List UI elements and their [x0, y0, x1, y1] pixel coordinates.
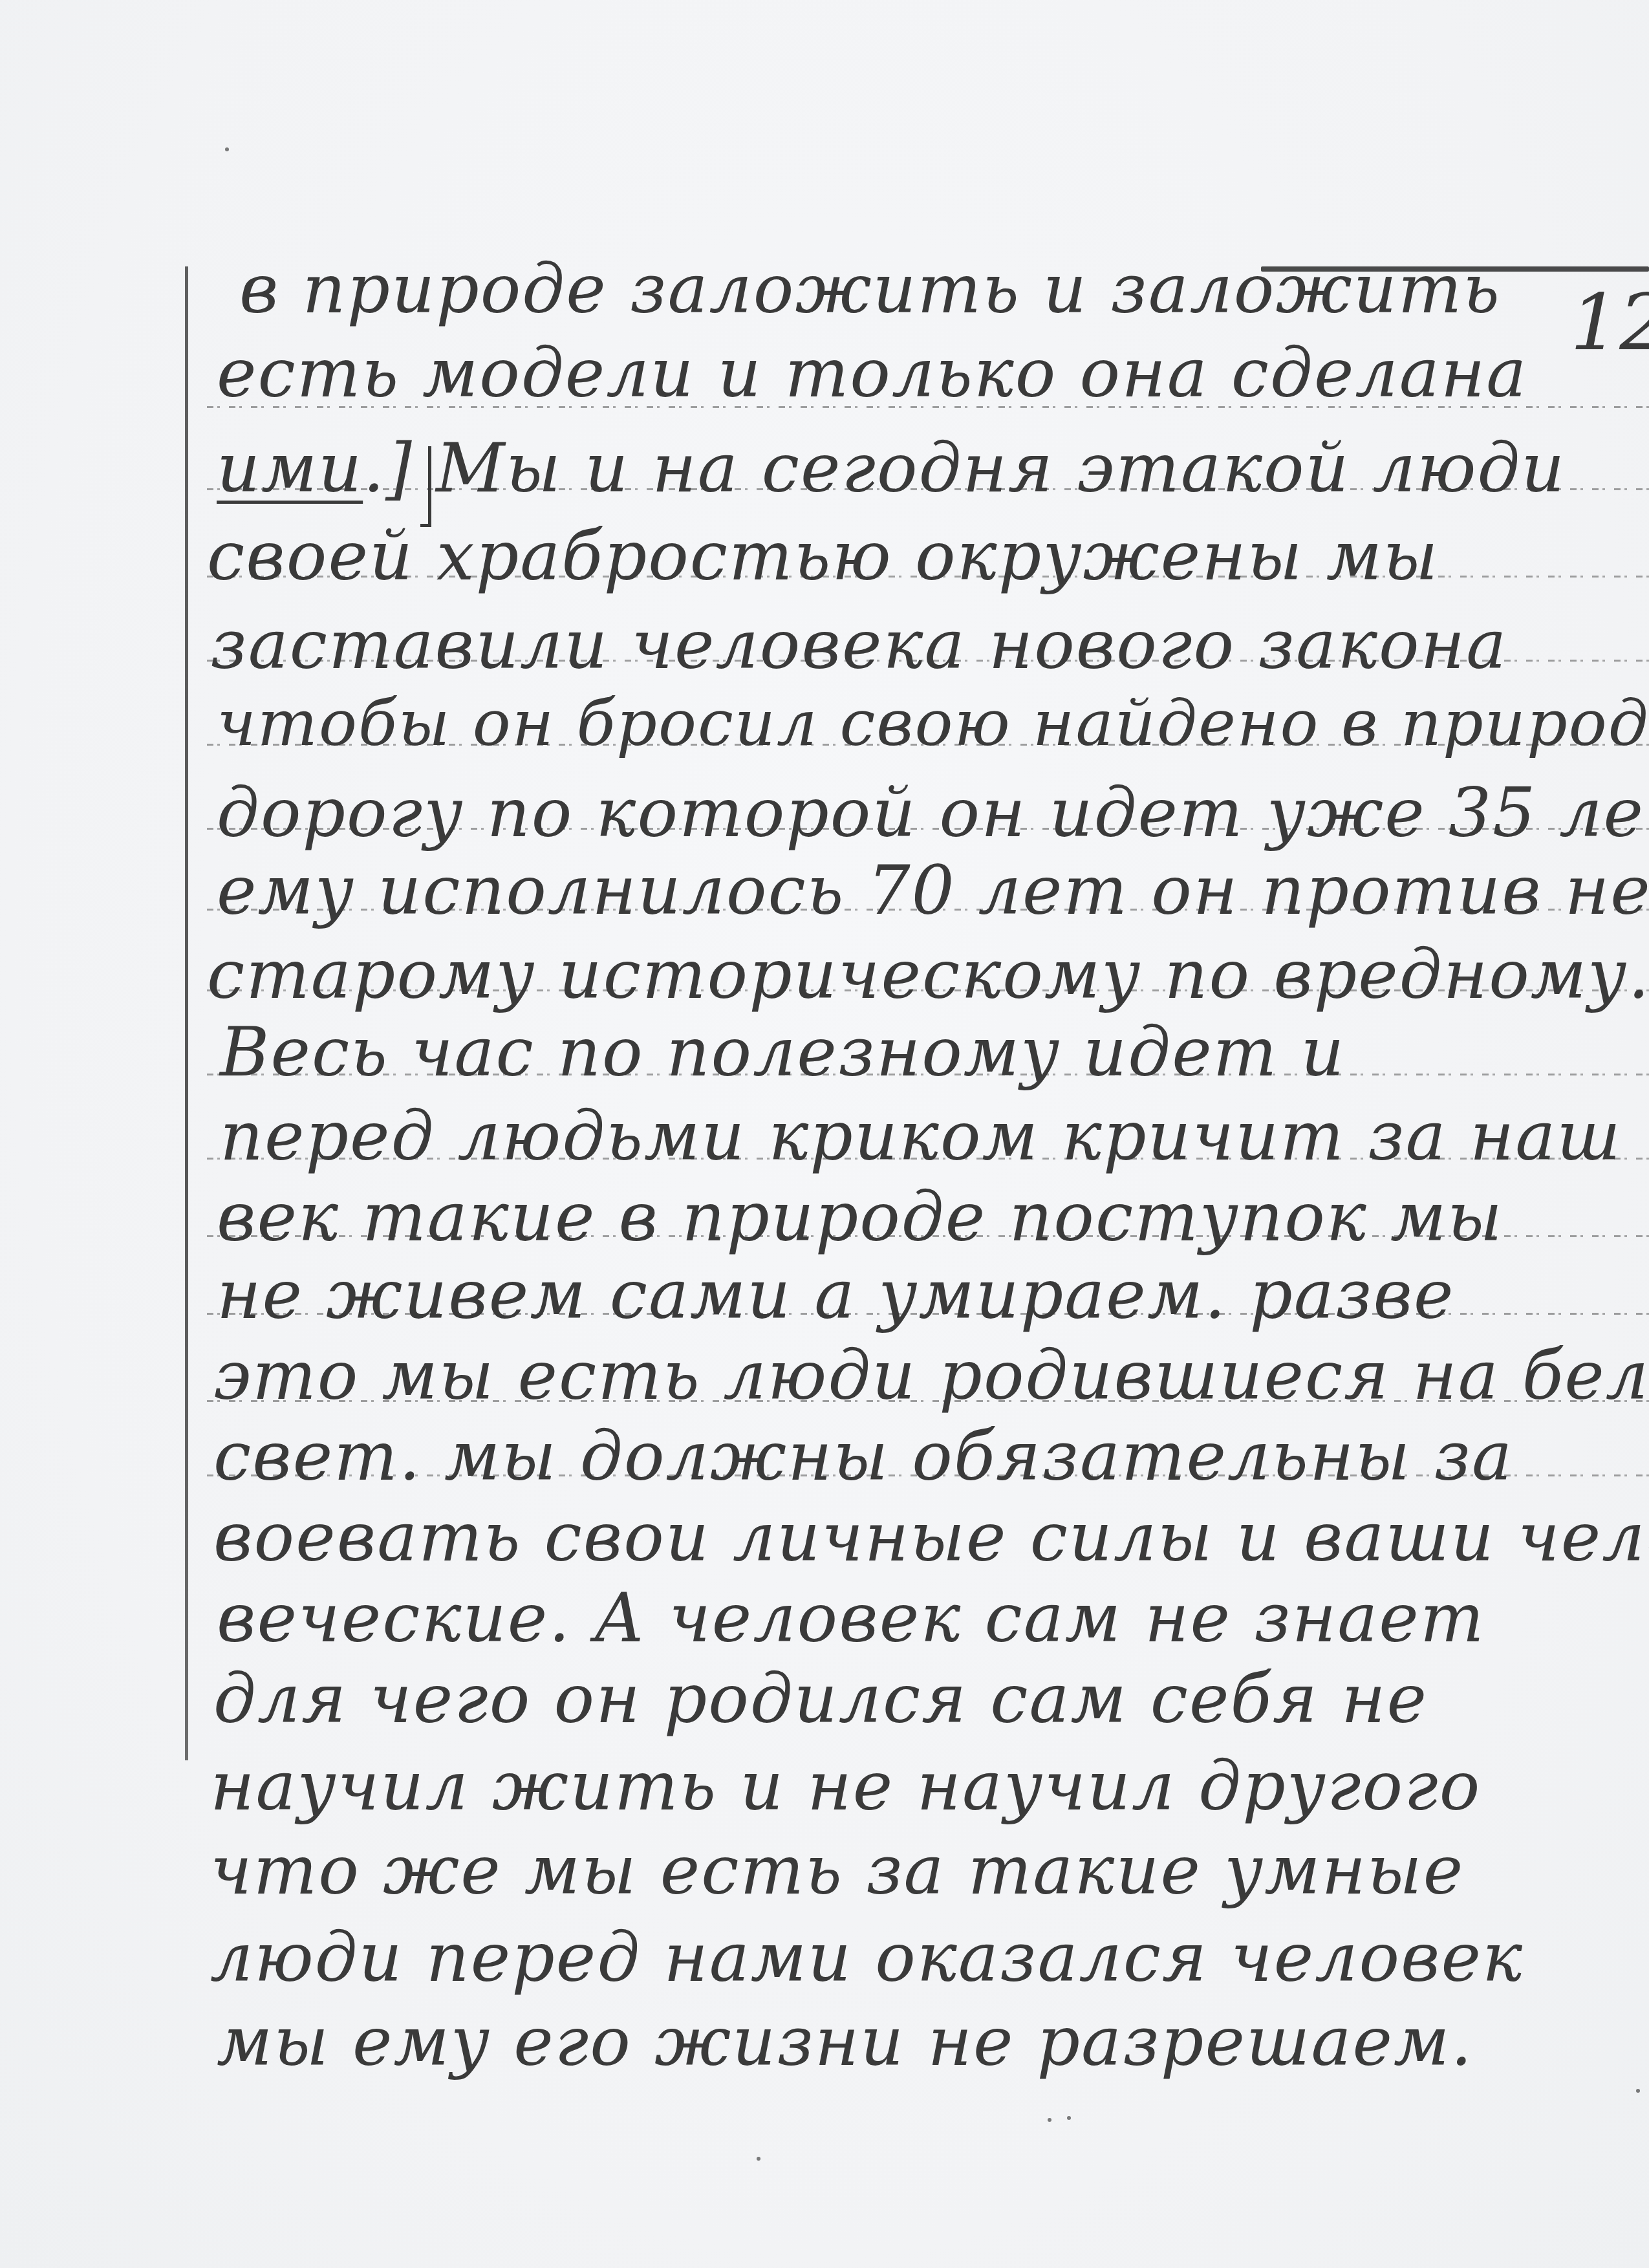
page-frame-left-border — [185, 266, 188, 1760]
text-line-16: воевать свои личные силы и ваши чело- — [213, 1504, 1597, 1571]
underlined-word: ими — [217, 429, 363, 508]
text-line-7: дорогу по которой он идет уже 35 лет — [217, 779, 1600, 847]
text-line-20: что же мы есть за такие умные — [210, 1837, 1594, 1904]
text-line-21: люди перед нами оказался человек — [210, 1924, 1594, 1991]
scan-speck — [225, 147, 229, 151]
scan-speck — [1067, 2116, 1071, 2120]
text-line-2: есть модели и только она сделана — [217, 340, 1600, 407]
text-line-3-rest: .] Мы и на сегодня этакой люди — [363, 429, 1566, 508]
text-line-22: мы ему его жизни не разрешаем. — [217, 2008, 1600, 2075]
scan-speck — [1048, 2118, 1051, 2122]
scanned-page: 12 в природе заложить и заложить есть мо… — [0, 0, 1649, 2268]
text-line-3: ими.] Мы и на сегодня этакой люди — [217, 435, 1600, 502]
text-line-9: старому историческому по вредному. — [207, 941, 1591, 1008]
text-line-4: своей храбростью окружены мы — [207, 523, 1591, 590]
text-line-12: век такие в природе поступок мы — [217, 1183, 1600, 1251]
text-line-13: не живем сами а умираем. разве — [217, 1261, 1600, 1328]
text-line-1: в природе заложить и заложить — [239, 255, 1623, 323]
text-line-15: свет. мы должны обязательны за — [213, 1423, 1597, 1490]
text-line-18: для чего он родился сам себя не — [213, 1665, 1597, 1733]
scan-speck — [1636, 2089, 1640, 2093]
text-line-8: ему исполнилось 70 лет он против не — [217, 857, 1600, 924]
text-line-10: Весь час по полезному идет и — [220, 1019, 1604, 1086]
text-line-17: веческие. А человек сам не знает — [217, 1584, 1600, 1652]
text-line-5: заставили человека нового закона — [210, 611, 1594, 678]
text-line-14: это мы есть люди родившиеся на белый — [213, 1342, 1597, 1409]
text-line-19: научил жить и не научил другого — [210, 1753, 1594, 1820]
text-line-6: чтобы он бросил свою найдено в природе — [217, 692, 1600, 755]
text-line-11: перед людьми криком кричит за наш — [220, 1103, 1604, 1170]
scan-speck — [757, 2157, 760, 2161]
